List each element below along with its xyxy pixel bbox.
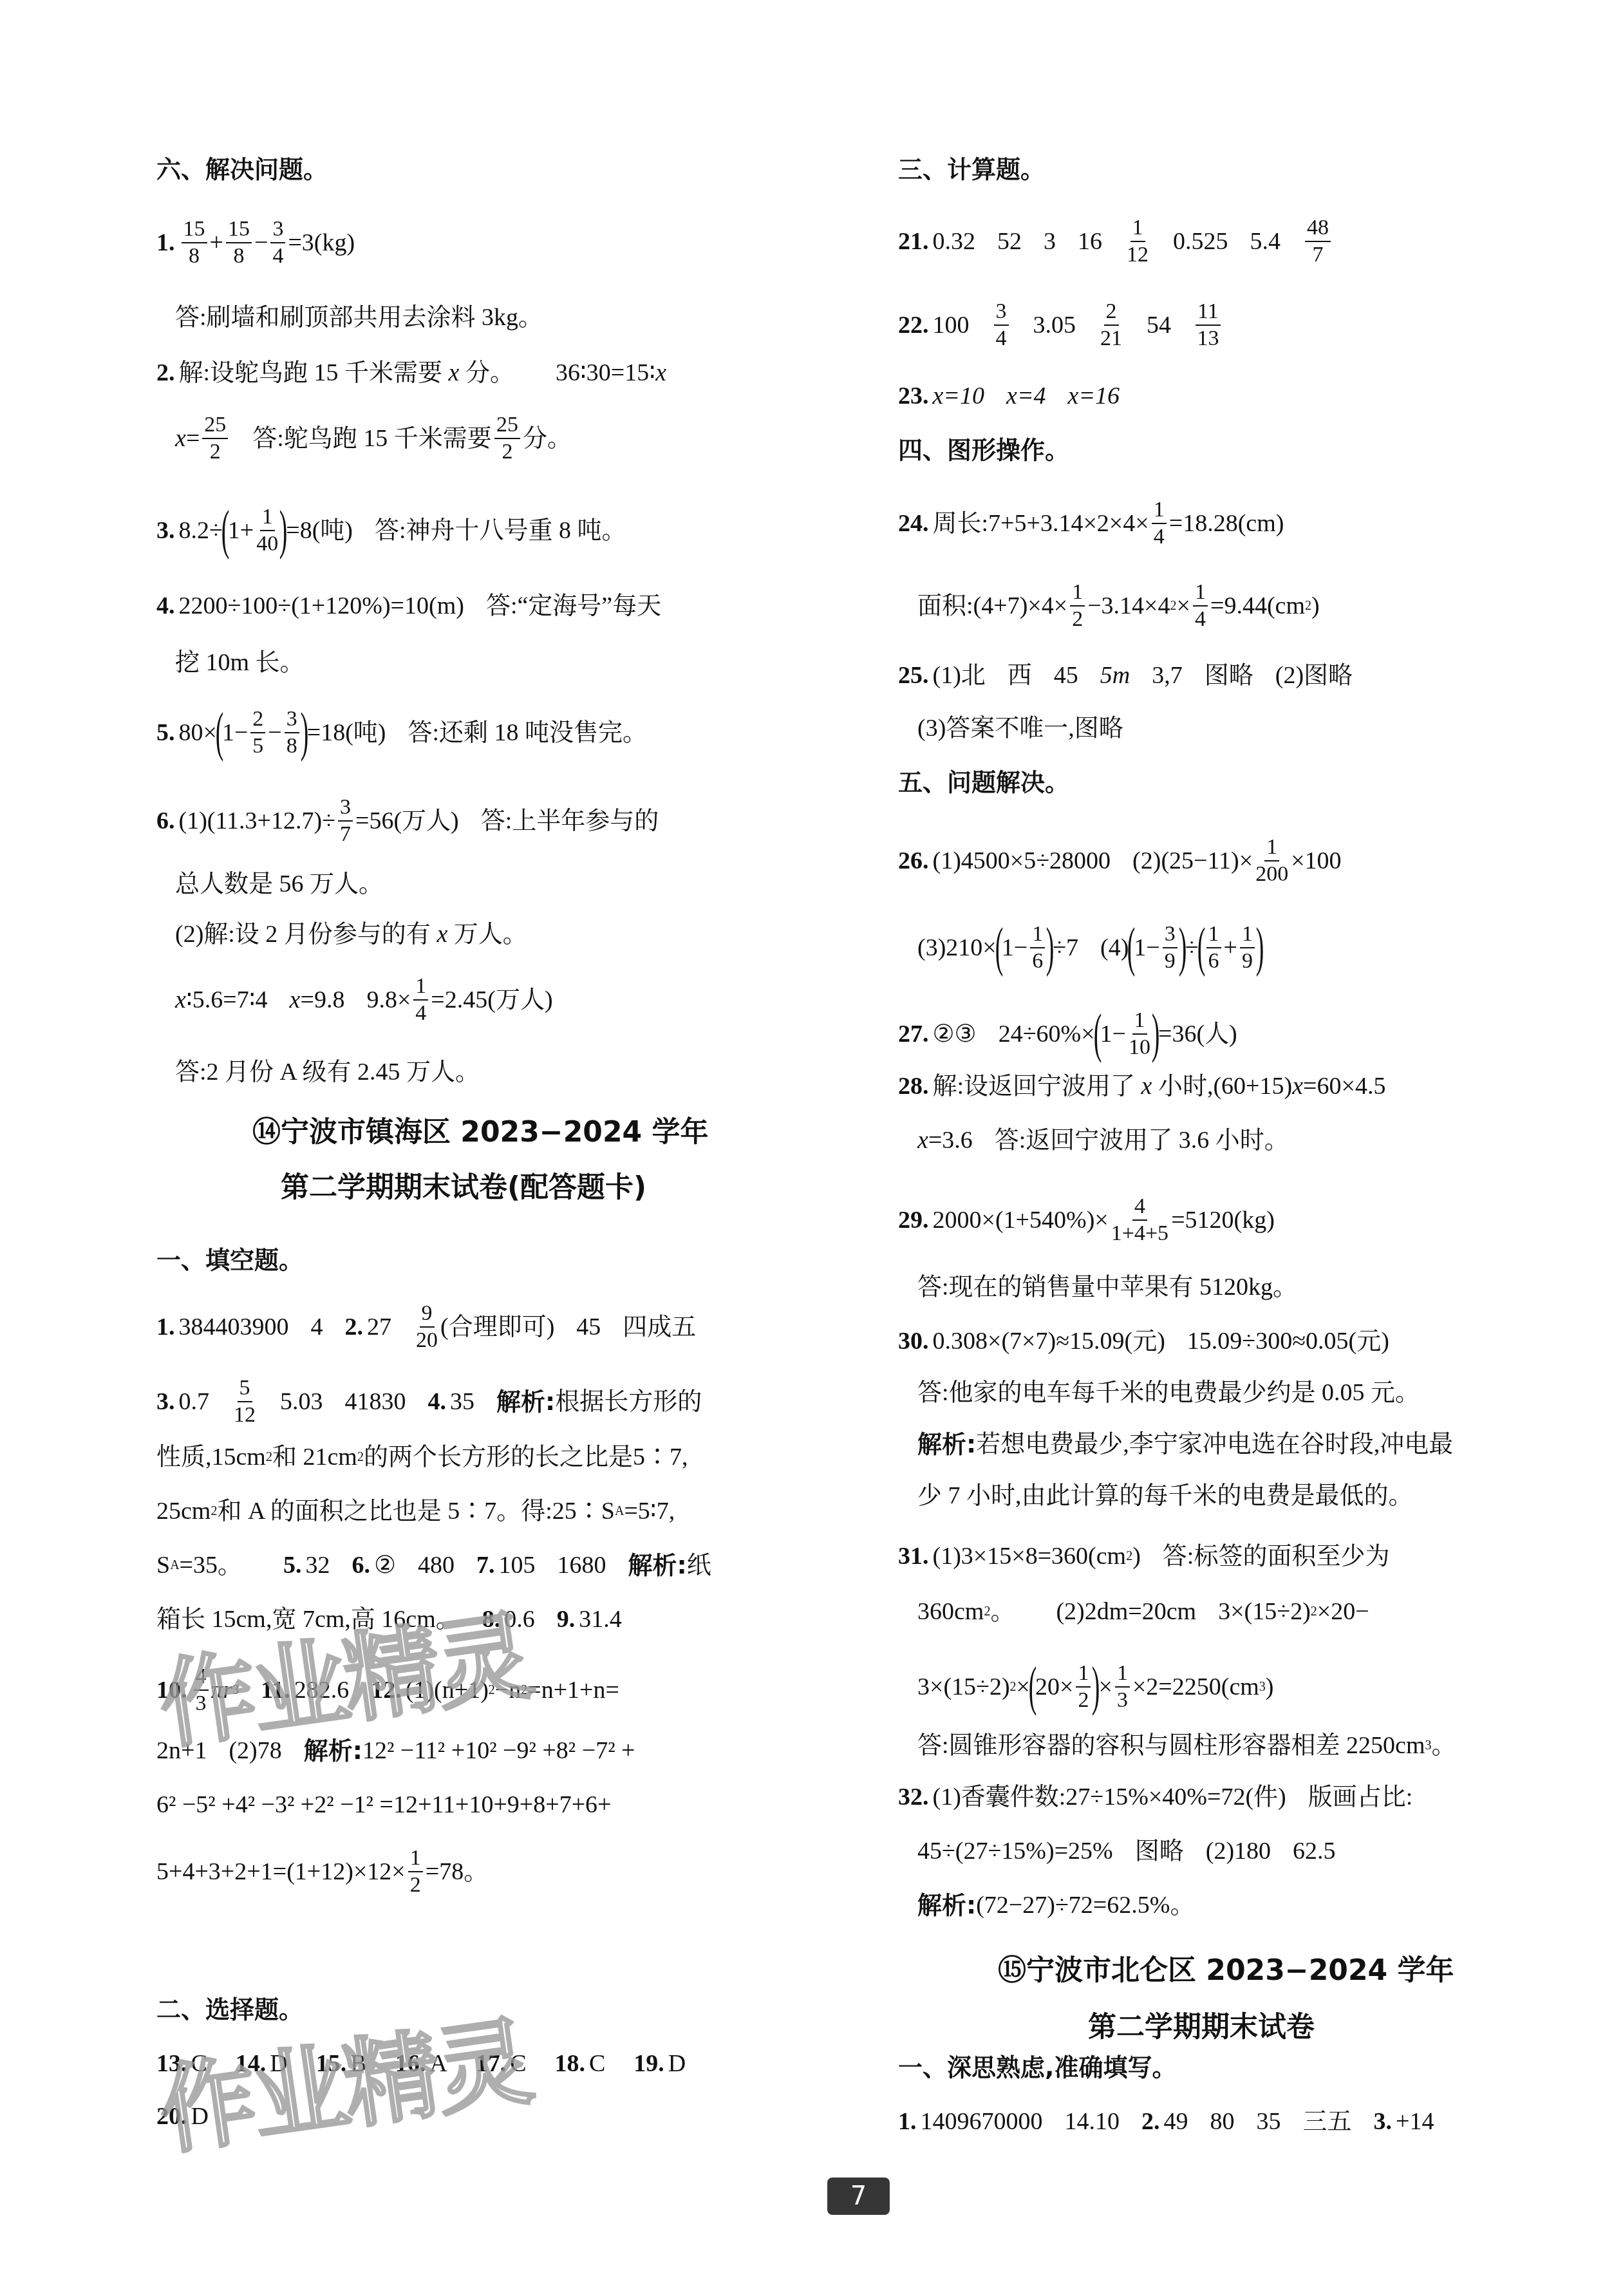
calc-21: 21.0.3252 316 112 0.5255.4 487 <box>898 216 1333 266</box>
exam-title-15-line1: ⑮宁波市北仑区 2023−2024 学年 <box>998 1947 1454 1988</box>
calc-22: 22.100 34 3.05 221 54 1113 <box>898 300 1223 350</box>
section-heading-1b: 一、深思熟虑,准确填写。 <box>898 2055 1176 2080</box>
shape-25-part3: (3)答案不唯一,图略 <box>917 716 1123 740</box>
problem-28: 28.解:设返回宁波用了 x 小时,(60+15)x=60×4.5 <box>898 1074 1385 1098</box>
problem-31: 31.(1)3×15×8=360(cm2)答:标签的面积至少为 <box>898 1544 1389 1568</box>
section-heading-3: 三、计算题。 <box>898 157 1045 182</box>
choice-18: 18.C <box>554 2051 605 2076</box>
problem-32-cont: 45÷(27÷15%)=25%图略 (2)18062.5 <box>917 1839 1336 1863</box>
answer-q4: 4.2200÷100÷(1+120%)=10(m)答:“定海号”每天 <box>156 594 661 618</box>
calc-23: 23.x=10x=4x=16 <box>898 384 1120 408</box>
fill-4-analysis: 性质,15cm2 和 21cm2 的两个长方形的长之比是5∶7, <box>156 1445 688 1469</box>
section-heading-6: 六、解决问题。 <box>156 157 328 182</box>
problem-26: 26.(1)4500×5÷28000 (2)(25−11)× 1200 ×100 <box>898 836 1342 885</box>
answer-q6-equation: x∶5.6=7∶4 x=9.8 9.8× 14 =2.45(万人) <box>175 975 553 1024</box>
fill-12-analysis-end: 5+4+3+2+1=(1+12)×12× 12 =78。 <box>156 1847 488 1896</box>
section-heading-4: 四、图形操作。 <box>898 438 1069 462</box>
answer-q2: 2.解:设鸵鸟跑 15 千米需要 x 分。 36∶30=15∶x <box>156 361 666 385</box>
answer-q3: 3.8.2÷ (1+ 140 )=8(吨) 答:神舟十八号重 8 吨。 <box>156 503 626 558</box>
problem-31-part2: 360cm2。 (2)2dm=20cm 3×(15÷2)2×20− <box>917 1599 1369 1624</box>
fill-5-7: SA=35。 5.32 6.②480 7.1051680 解析:纸 <box>156 1553 711 1577</box>
section-heading-5: 五、问题解决。 <box>898 770 1069 795</box>
shape-24: 24.周长:7+5+3.14×2×4× 14 =18.28(cm) <box>898 498 1284 548</box>
fill-4-analysis-cont: 25cm2 和 A 的面积之比也是 5∶7。得:25∶SA=5∶7, <box>156 1499 675 1523</box>
fill-12-analysis-cont: 6² −5² +4² −3² +2² −1² =12+11+10+9+8+7+6… <box>156 1793 612 1817</box>
page-number-badge: 7 <box>827 2178 890 2215</box>
fraction: 158 <box>182 218 207 267</box>
problem-30-analysis: 解析:若想电费最少,李宁家冲电选在谷时段,冲电最 <box>917 1432 1453 1456</box>
fill-b-1-3: 1.140967000014.10 2.4980 35三五 3.+14 <box>898 2109 1434 2134</box>
answer-q5: 5.80× (1− 25 − 38 )=18(吨) 答:还剩 18 吨没售完。 <box>156 706 647 760</box>
problem-27: 27.②③ 24÷60%×(1− 110 )=36(人) <box>898 1007 1237 1061</box>
problem-31-answer: 答:圆锥形容器的容积与圆柱形容器相差 2250cm3。 <box>917 1733 1456 1758</box>
answer-q6-part2: (2)解:设 2 月份参与的有 x 万人。 <box>175 922 527 946</box>
problem-30-analysis-cont: 少 7 小时,由此计算的每千米的电费是最低的。 <box>917 1483 1413 1508</box>
section-heading-1: 一、填空题。 <box>156 1248 303 1272</box>
problem-32: 32.(1)香囊件数:27÷15%×40%=72(件)版画占比: <box>898 1785 1412 1809</box>
shape-24-area: 面积:(4+7)×4× 12 −3.14×42× 14 =9.44(cm2) <box>917 581 1320 630</box>
answer-q4-cont: 挖 10m 长。 <box>175 650 305 675</box>
problem-26-part3-4: (3)210×(1− 16 )÷7 (4)(1− 39 )÷( 16 + 19 … <box>917 921 1262 975</box>
answer-q1: 1. 158 + 158 − 34 =3(kg) <box>156 218 355 267</box>
exam-title-14-line1: ⑭宁波市镇海区 2023−2024 学年 <box>252 1109 708 1150</box>
problem-29: 29.2000×(1+540%)× 41+4+5 =5120(kg) <box>898 1195 1275 1245</box>
shape-25: 25.(1)北西 455m 3,7图略(2)图略 <box>898 663 1353 688</box>
answer-q6: 6.(1)(11.3+12.7)÷ 37 =56(万人)答:上半年参与的 <box>156 796 659 845</box>
answer-q6-conclusion: 答:2 月份 A 级有 2.45 万人。 <box>175 1060 480 1084</box>
fraction: 158 <box>226 218 252 267</box>
problem-29-answer: 答:现在的销售量中苹果有 5120kg。 <box>917 1275 1297 1299</box>
problem-30: 30.0.308×(7×7)≈15.09(元)15.09÷300≈0.05(元) <box>898 1329 1389 1353</box>
exam-title-14-line2: 第二学期期末试卷(配答题卡) <box>281 1164 646 1205</box>
problem-28-answer: x=3.6答:返回宁波用了 3.6 小时。 <box>917 1128 1289 1153</box>
choice-19: 19.D <box>633 2051 686 2076</box>
answer-q6-cont: 总人数是 56 万人。 <box>175 872 383 896</box>
fill-1-2: 1.3844039004 2.27 920 (合理即可)45四成五 <box>156 1302 696 1351</box>
answer-q1-conclusion: 答:刷墙和刷顶部共用去涂料 3kg。 <box>175 305 543 330</box>
exam-title-15-line2: 第二学期期末试卷 <box>1088 2004 1315 2045</box>
answer-q2-result: x= 252 答:鸵鸟跑 15 千米需要 252 分。 <box>175 413 572 463</box>
fill-3-4: 3.0.7 512 5.0341830 4.35 解析:根据长方形的 <box>156 1377 702 1426</box>
problem-31-part2-cont: 3×(15÷2)2× (20× 12 )× 13 ×2=2250(cm3) <box>917 1660 1274 1714</box>
problem-30-answer: 答:他家的电车每千米的电费最少约是 0.05 元。 <box>917 1380 1420 1405</box>
fraction: 34 <box>270 218 285 267</box>
problem-32-analysis: 解析:(72−27)÷72=62.5%。 <box>917 1893 1194 1917</box>
